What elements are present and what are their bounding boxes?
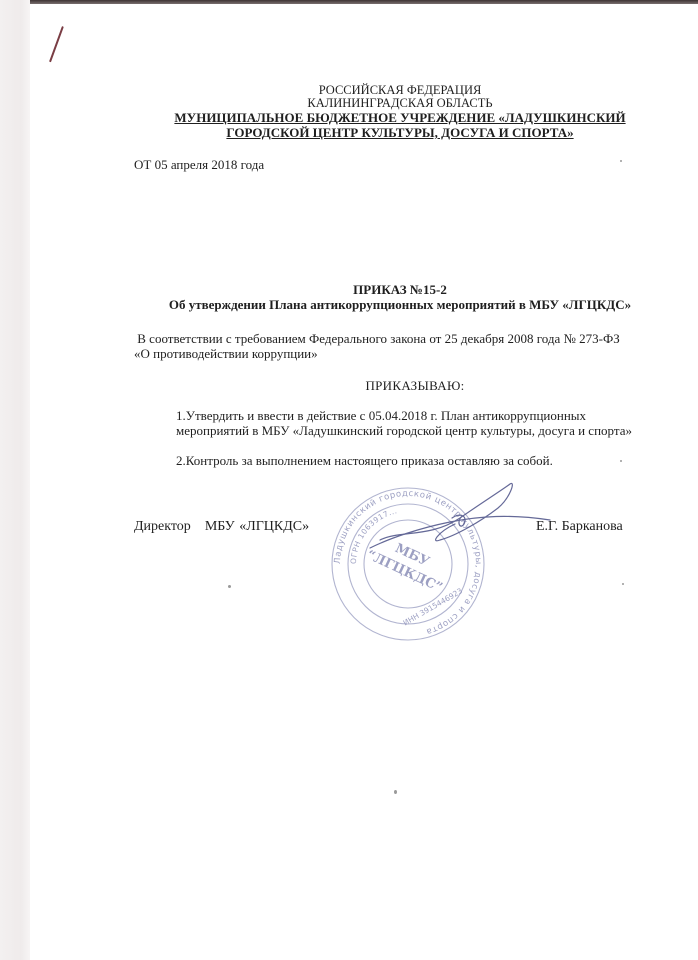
scan-speck xyxy=(620,160,622,162)
preamble-line-1: В соответствии с требованием Федеральног… xyxy=(134,331,664,346)
document-date: ОТ 05 апреля 2018 года xyxy=(134,157,264,173)
pen-mark xyxy=(49,26,64,62)
order-item-1-line-1: 1.Утвердить и ввести в действие с 05.04.… xyxy=(176,408,676,423)
signatory-position: Директор xyxy=(134,519,191,534)
region-line: КАЛИНИНГРАДСКАЯ ОБЛАСТЬ xyxy=(150,97,650,110)
order-number: ПРИКАЗ №15-2 xyxy=(140,282,660,297)
signatory-organization: МБУ «ЛГЦКДС» xyxy=(205,519,309,534)
order-word: ПРИКАЗЫВАЮ: xyxy=(160,378,670,394)
organization-line-2: ГОРОДСКОЙ ЦЕНТР КУЛЬТУРЫ, ДОСУГА И СПОРТ… xyxy=(150,125,650,140)
preamble: В соответствии с требованием Федеральног… xyxy=(134,331,664,361)
order-subject: Об утверждении Плана антикоррупционных м… xyxy=(140,297,660,312)
order-item-2-line-1: 2.Контроль за выполнением настоящего при… xyxy=(176,453,676,468)
organization-line-1: МУНИЦИПАЛЬНОЕ БЮДЖЕТНОЕ УЧРЕЖДЕНИЕ «ЛАДУ… xyxy=(150,110,650,125)
scan-speck xyxy=(228,585,231,588)
scan-edge-top xyxy=(30,0,698,4)
order-item-1: 1.Утвердить и ввести в действие с 05.04.… xyxy=(176,408,676,438)
handwritten-signature xyxy=(360,478,560,558)
preamble-line-2: «О противодействии коррупции» xyxy=(134,346,664,361)
scan-speck xyxy=(622,583,624,585)
order-item-1-line-2: мероприятий в МБУ «Ладушкинский городско… xyxy=(176,423,676,438)
order-title: ПРИКАЗ №15-2 Об утверждении Плана антико… xyxy=(140,282,660,312)
order-item-2: 2.Контроль за выполнением настоящего при… xyxy=(176,453,676,468)
scan-edge-left xyxy=(0,0,30,960)
scan-speck xyxy=(620,460,622,462)
document-header: РОССИЙСКАЯ ФЕДЕРАЦИЯ КАЛИНИНГРАДСКАЯ ОБЛ… xyxy=(150,84,650,140)
scan-speck xyxy=(394,790,397,794)
signatory-title: ДиректорМБУ «ЛГЦКДС» xyxy=(134,519,309,535)
